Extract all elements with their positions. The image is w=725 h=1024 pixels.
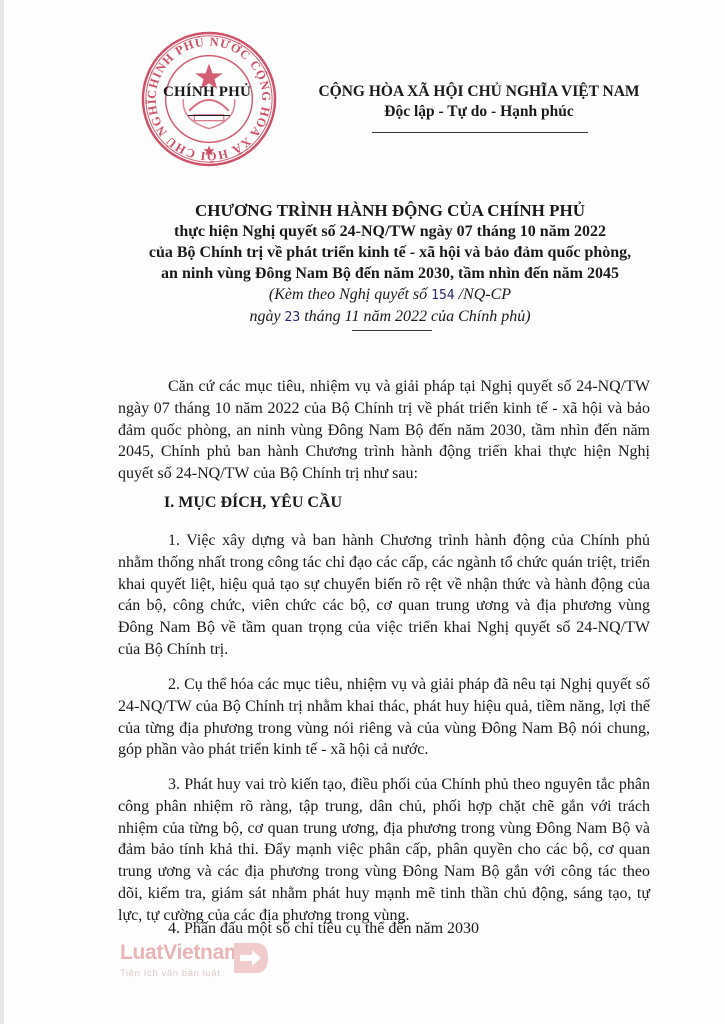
attachment-prefix: (Kèm theo Nghị quyết số	[269, 286, 431, 303]
title-line-1: CHƯƠNG TRÌNH HÀNH ĐỘNG CỦA CHÍNH PHỦ	[100, 200, 680, 221]
attachment-suffix: /NQ-CP	[455, 286, 511, 303]
watermark-brand: LuatVietnam	[120, 941, 242, 965]
motto-underline	[372, 132, 588, 133]
item-1-block: 1. Việc xây dựng và ban hành Chương trìn…	[118, 530, 650, 661]
intro-paragraph-block: Căn cứ các mục tiêu, nhiệm vụ và giải ph…	[118, 376, 650, 485]
issuer-underline	[188, 115, 230, 116]
item-2-block: 2. Cụ thể hóa các mục tiêu, nhiệm vụ và …	[118, 674, 650, 761]
date-prefix: ngày	[249, 308, 284, 325]
list-item: 2. Cụ thể hóa các mục tiêu, nhiệm vụ và …	[118, 674, 650, 761]
issue-day: 23	[285, 310, 301, 325]
list-item: 4. Phấn đấu một số chỉ tiêu cụ thể đến n…	[118, 918, 650, 940]
issuer-name: CHÍNH PHỦ	[163, 84, 251, 101]
title-line-4: an ninh vùng Đông Nam Bộ đến năm 2030, t…	[100, 263, 680, 284]
nation-name: CỘNG HÒA XÃ HỘI CHỦ NGHĨA VIỆT NAM	[314, 82, 644, 102]
national-motto: Độc lập - Tự do - Hạnh phúc	[314, 102, 644, 122]
title-underline	[352, 330, 432, 331]
item-3-block: 3. Phát huy vai trò kiến tạo, điều phối …	[118, 774, 650, 927]
arrow-right-icon	[232, 941, 270, 975]
item-4-block: 4. Phấn đấu một số chỉ tiêu cụ thể đến n…	[118, 918, 650, 940]
issue-date: ngày 23 tháng 11 năm 2022 của Chính phủ)	[100, 306, 680, 328]
luatvietnam-watermark: LuatVietnam Tiện ích văn bản luật	[120, 941, 260, 1001]
title-line-3: của Bộ Chính trị về phát triển kinh tế -…	[100, 242, 680, 263]
title-line-2: thực hiện Nghị quyết số 24-NQ/TW ngày 07…	[100, 221, 680, 242]
document-title: CHƯƠNG TRÌNH HÀNH ĐỘNG CỦA CHÍNH PHỦ thự…	[100, 200, 680, 328]
intro-paragraph: Căn cứ các mục tiêu, nhiệm vụ và giải ph…	[118, 376, 650, 485]
section-heading: I. MỤC ĐÍCH, YÊU CẦU	[164, 494, 342, 512]
document-page: CHÍNH PHỦ NƯỚC CỘNG HÒA XÃ HỘI CHỦ NGHĨA…	[0, 0, 725, 1024]
list-item: 1. Việc xây dựng và ban hành Chương trìn…	[118, 530, 650, 661]
watermark-tagline: Tiện ích văn bản luật	[120, 968, 220, 979]
resolution-number: 154	[431, 288, 454, 303]
national-header: CỘNG HÒA XÃ HỘI CHỦ NGHĨA VIỆT NAM Độc l…	[314, 82, 644, 122]
list-item: 3. Phát huy vai trò kiến tạo, điều phối …	[118, 774, 650, 927]
attachment-note: (Kèm theo Nghị quyết số 154 /NQ-CP	[100, 284, 680, 306]
page-edge	[0, 0, 4, 1024]
date-suffix: tháng 11 năm 2022 của Chính phủ)	[300, 308, 530, 325]
